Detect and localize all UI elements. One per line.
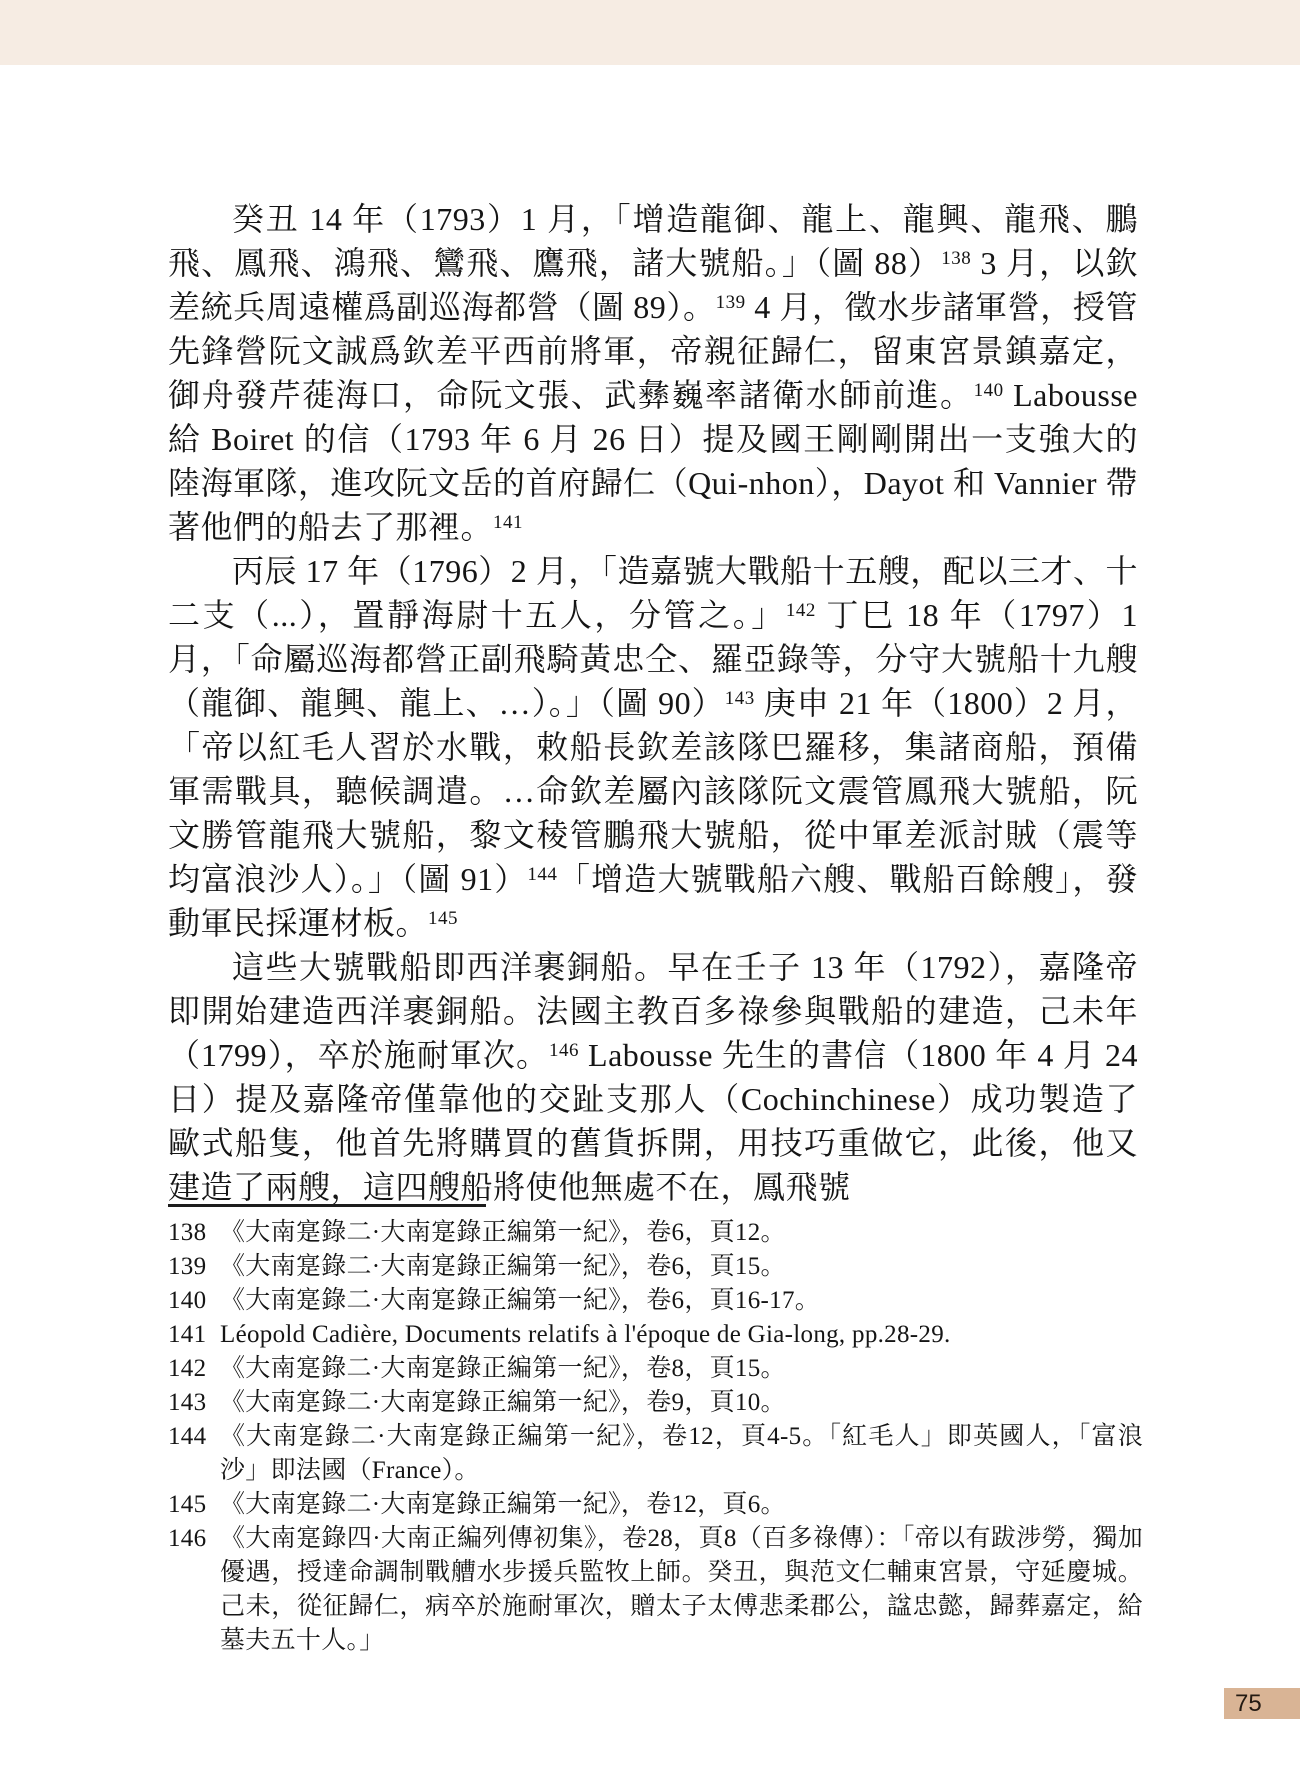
page-number: 75 [1235, 1692, 1262, 1716]
footnote-text: 《大南寔錄二·大南寔錄正編第一紀》，卷6，頁16-17。 [220, 1287, 820, 1314]
scanned-book-page: { "colors": { "top_band": "#f6ece3", "pa… [0, 0, 1300, 1778]
footnote-text: 《大南寔錄二·大南寔錄正編第一紀》，卷6，頁12。 [220, 1219, 786, 1246]
footnote-list: 138《大南寔錄二·大南寔錄正編第一紀》，卷6，頁12。139《大南寔錄二·大南… [168, 1216, 1143, 1658]
footnote-item: 143《大南寔錄二·大南寔錄正編第一紀》，卷9，頁10。 [168, 1386, 1143, 1420]
top-margin-band [0, 0, 1300, 65]
footnote-ref: 140 [974, 380, 1004, 401]
footnote-ref: 146 [549, 1040, 579, 1061]
footnote-number: 139 [168, 1250, 206, 1284]
footnote-ref: 144 [527, 864, 557, 885]
footnote-item: 146《大南寔錄四·大南正編列傳初集》，卷28，頁8（百多祿傳）：「帝以有跋涉勞… [168, 1522, 1143, 1658]
footnote-number: 141 [168, 1318, 206, 1352]
body-text: 癸丑 14 年（1793）1 月，「增造龍御、龍上、龍興、龍飛、鵬飛、鳳飛、鴻飛… [168, 197, 1138, 1209]
paragraph: 丙辰 17 年（1796）2 月，「造嘉號大戰船十五艘，配以三才、十二支（...… [168, 549, 1138, 945]
footnote-number: 140 [168, 1284, 206, 1318]
footnote-number: 143 [168, 1386, 206, 1420]
footnote-text: 《大南寔錄二·大南寔錄正編第一紀》，卷12，頁6。 [220, 1491, 786, 1518]
footnote-ref: 139 [716, 292, 746, 313]
footnote-text: Léopold Cadière, Documents relatifs à l'… [220, 1321, 951, 1348]
footnote-item: 141Léopold Cadière, Documents relatifs à… [168, 1318, 1143, 1352]
footnote-number: 144 [168, 1420, 206, 1454]
footnote-ref: 138 [941, 248, 971, 269]
footnote-item: 144《大南寔錄二·大南寔錄正編第一紀》，卷12，頁4-5。「紅毛人」即英國人，… [168, 1420, 1143, 1488]
footnote-text: 《大南寔錄二·大南寔錄正編第一紀》，卷12，頁4-5。「紅毛人」即英國人，「富浪… [220, 1423, 1143, 1484]
footnote-text: 《大南寔錄二·大南寔錄正編第一紀》，卷8，頁15。 [220, 1355, 786, 1382]
footnote-item: 145《大南寔錄二·大南寔錄正編第一紀》，卷12，頁6。 [168, 1488, 1143, 1522]
footnote-number: 142 [168, 1352, 206, 1386]
footnote-ref: 141 [493, 512, 523, 533]
footnote-number: 145 [168, 1488, 206, 1522]
footnote-ref: 145 [428, 908, 458, 929]
footnote-item: 142《大南寔錄二·大南寔錄正編第一紀》，卷8，頁15。 [168, 1352, 1143, 1386]
footnote-item: 139《大南寔錄二·大南寔錄正編第一紀》，卷6，頁15。 [168, 1250, 1143, 1284]
footnote-item: 138《大南寔錄二·大南寔錄正編第一紀》，卷6，頁12。 [168, 1216, 1143, 1250]
footnote-ref: 143 [725, 688, 755, 709]
footnote-text: 《大南寔錄四·大南正編列傳初集》，卷28，頁8（百多祿傳）：「帝以有跋涉勞，獨加… [220, 1525, 1143, 1654]
footnote-text: 《大南寔錄二·大南寔錄正編第一紀》，卷6，頁15。 [220, 1253, 786, 1280]
footnote-item: 140《大南寔錄二·大南寔錄正編第一紀》，卷6，頁16-17。 [168, 1284, 1143, 1318]
page-number-badge: 75 [1224, 1688, 1300, 1719]
paragraph: 癸丑 14 年（1793）1 月，「增造龍御、龍上、龍興、龍飛、鵬飛、鳳飛、鴻飛… [168, 197, 1138, 549]
footnote-ref: 142 [786, 600, 816, 621]
footnote-number: 138 [168, 1216, 206, 1250]
footnote-number: 146 [168, 1522, 206, 1556]
footnote-text: 《大南寔錄二·大南寔錄正編第一紀》，卷9，頁10。 [220, 1389, 786, 1416]
footnote-separator [168, 1204, 486, 1207]
paragraph: 這些大號戰船即西洋裹銅船。早在壬子 13 年（1792），嘉隆帝即開始建造西洋裹… [168, 945, 1138, 1209]
